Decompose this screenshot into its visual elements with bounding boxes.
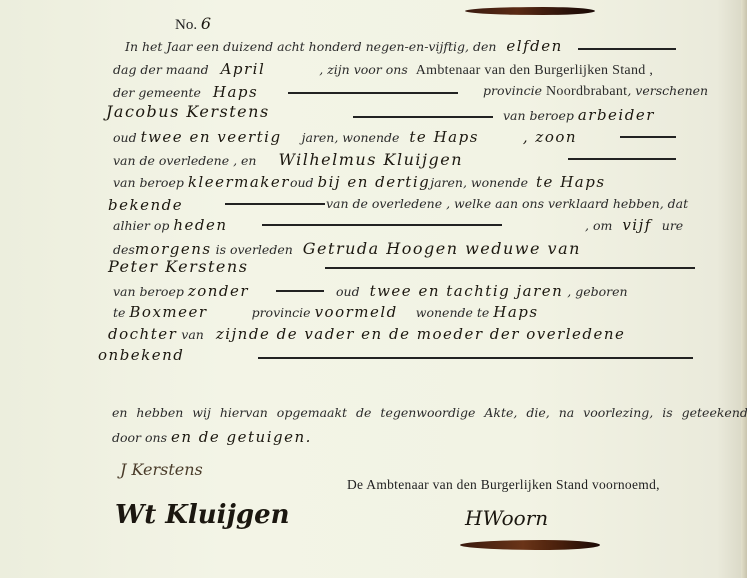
hw-signed-by: en de getuigen.: [171, 428, 312, 446]
hw-deceased-age: twee en tachtig jaren: [370, 282, 564, 300]
printed-te: te: [113, 305, 125, 320]
line-declarant1: Jacobus Kerstens: [106, 102, 270, 121]
hw-date-day: heden: [173, 216, 227, 234]
hw-hour: vijf: [622, 216, 651, 234]
line-declarant2: van de overledene , en Wilhelmus Kluijge…: [113, 150, 463, 169]
line-occupation1: van beroep arbeider: [503, 106, 655, 124]
hw-relation1: , zoon: [523, 128, 577, 146]
printed-ambtenaar: Ambtenaar van den Burgerlijken Stand ,: [416, 63, 653, 78]
hw-municipality: Haps: [213, 83, 258, 101]
civil-record-page: No. 6 In het Jaar een duizend acht honde…: [0, 0, 747, 578]
printed-wonende-te: wonende te: [416, 305, 490, 320]
page-edge: [741, 0, 747, 578]
printed-alhier-op: alhier op: [113, 218, 169, 233]
signature-registrar: HWoorn: [465, 506, 548, 530]
printed-provincie: provincie: [252, 305, 311, 320]
line-verklaard: van de overledene , welke aan ons verkla…: [326, 196, 688, 211]
line-occupation2: van beroep kleermakeroud bij en dertigja…: [113, 173, 606, 191]
line-age1: oud twee en veertig jaren, wonende te Ha…: [113, 128, 577, 146]
fill-line: [262, 224, 502, 226]
fill-line: [578, 48, 676, 50]
line-relation2: bekende: [108, 196, 183, 214]
hw-declarant1-name: Jacobus Kerstens: [106, 102, 270, 121]
hw-relation2: bekende: [108, 196, 183, 214]
signature-witness2: Wt Kluijgen: [115, 500, 290, 530]
printed-om: , om: [585, 218, 612, 233]
printed-jaren-wonende: jaren, wonende: [430, 175, 528, 190]
printed-beroep: van beroep: [113, 284, 184, 299]
printed-is-overleden: is overleden: [216, 242, 293, 257]
line-date: alhier op heden: [113, 216, 228, 234]
line-month: dag der maand April , zijn voor ons Ambt…: [113, 60, 653, 79]
line-birthplace: te Boxmeer provincie voormeld wonende te…: [113, 303, 539, 321]
hw-birthplace: Boxmeer: [129, 303, 207, 321]
line-municipality: der gemeente Haps: [113, 83, 258, 101]
number-label: No.: [175, 17, 197, 33]
hw-deceased-occupation: zonder: [188, 282, 249, 300]
signature-witness1: J Kerstens: [120, 460, 203, 479]
printed-beroep: van beroep: [113, 175, 184, 190]
printed-zijn: , zijn voor ons: [319, 62, 407, 77]
fill-line: [288, 92, 458, 94]
printed-beroep: van beroep: [503, 108, 574, 123]
hw-parents-text: zijnde de vader en de moeder der overled…: [216, 325, 626, 343]
hw-residence: Haps: [493, 303, 538, 321]
printed-provincie: provincie: [483, 83, 542, 98]
fill-line: [568, 158, 676, 160]
hw-month: April: [221, 60, 266, 78]
hw-deceased-name-2: Peter Kerstens: [108, 257, 248, 276]
hw-declarant2-name: Wilhelmus Kluijgen: [278, 150, 463, 169]
fill-line: [225, 203, 325, 205]
printed-noordbrabant: Noordbrabant: [546, 84, 627, 99]
printed-gemeente: der gemeente: [113, 85, 201, 100]
printed-geboren: , geboren: [567, 284, 627, 299]
printed-oud: oud: [336, 284, 360, 299]
fill-line: [353, 116, 493, 118]
fill-line: [258, 357, 693, 359]
line-year: In het Jaar een duizend acht honderd neg…: [125, 37, 563, 55]
line-province: provincie Noordbrabant, verschenen: [483, 83, 708, 100]
printed-ure: ure: [662, 218, 683, 233]
number-value: 6: [201, 14, 213, 33]
hw-residence2: te Haps: [536, 173, 606, 191]
line-parents: dochter van zijnde de vader en de moeder…: [108, 325, 625, 343]
fill-line: [325, 267, 695, 269]
fill-line: [276, 290, 324, 292]
fill-line: [620, 136, 676, 138]
hw-birth-province: voormeld: [315, 303, 398, 321]
printed-van: van: [181, 327, 204, 342]
printed-des: des: [113, 242, 135, 257]
line-parents-status: onbekend: [98, 346, 184, 364]
line-deceased-occupation: van beroep zonder: [113, 282, 249, 300]
line-signed-by: door ons en de getuigen.: [112, 428, 312, 446]
printed-year: In het Jaar een duizend acht honderd neg…: [125, 39, 496, 54]
hw-occupation2: kleermaker: [188, 173, 290, 191]
printed-closing: en hebben wij hiervan opgemaakt de tegen…: [112, 405, 747, 420]
printed-jaren-wonende: jaren, wonende: [302, 130, 400, 145]
printed-month-label: dag der maand: [113, 62, 209, 77]
hw-day: elfden: [506, 37, 562, 55]
hw-age2: bij en dertig: [318, 173, 431, 191]
hw-parents-prefix: dochter: [108, 325, 177, 343]
line-hour: , om vijf ure: [585, 216, 683, 234]
line-deceased-age: oud twee en tachtig jaren , geboren: [336, 282, 628, 300]
record-number: No. 6: [175, 14, 213, 34]
printed-door-ons: door ons: [112, 430, 167, 445]
line-deceased-cont: Peter Kerstens: [108, 257, 248, 276]
ink-flourish-top: [465, 7, 595, 15]
printed-verklaard: van de overledene , welke aan ons verkla…: [326, 196, 688, 211]
printed-verschenen: , verschenen: [627, 83, 708, 98]
registrar-label: De Ambtenaar van den Burgerlijken Stand …: [347, 477, 660, 493]
hw-age1: twee en veertig: [141, 128, 282, 146]
hw-occupation1: arbeider: [578, 106, 655, 124]
hw-deceased-name-1: Getruda Hoogen weduwe van: [303, 239, 581, 258]
ink-flourish-bottom: [460, 540, 600, 550]
line-deceased: desmorgens is overleden Getruda Hoogen w…: [113, 239, 581, 258]
printed-overledene-en: van de overledene , en: [113, 153, 256, 168]
printed-oud: oud: [290, 175, 314, 190]
hw-time-of-day: morgens: [135, 240, 212, 258]
hw-parents-status: onbekend: [98, 346, 184, 364]
printed-oud: oud: [113, 130, 137, 145]
hw-residence1: te Haps: [409, 128, 479, 146]
line-closing: en hebben wij hiervan opgemaakt de tegen…: [112, 405, 747, 420]
